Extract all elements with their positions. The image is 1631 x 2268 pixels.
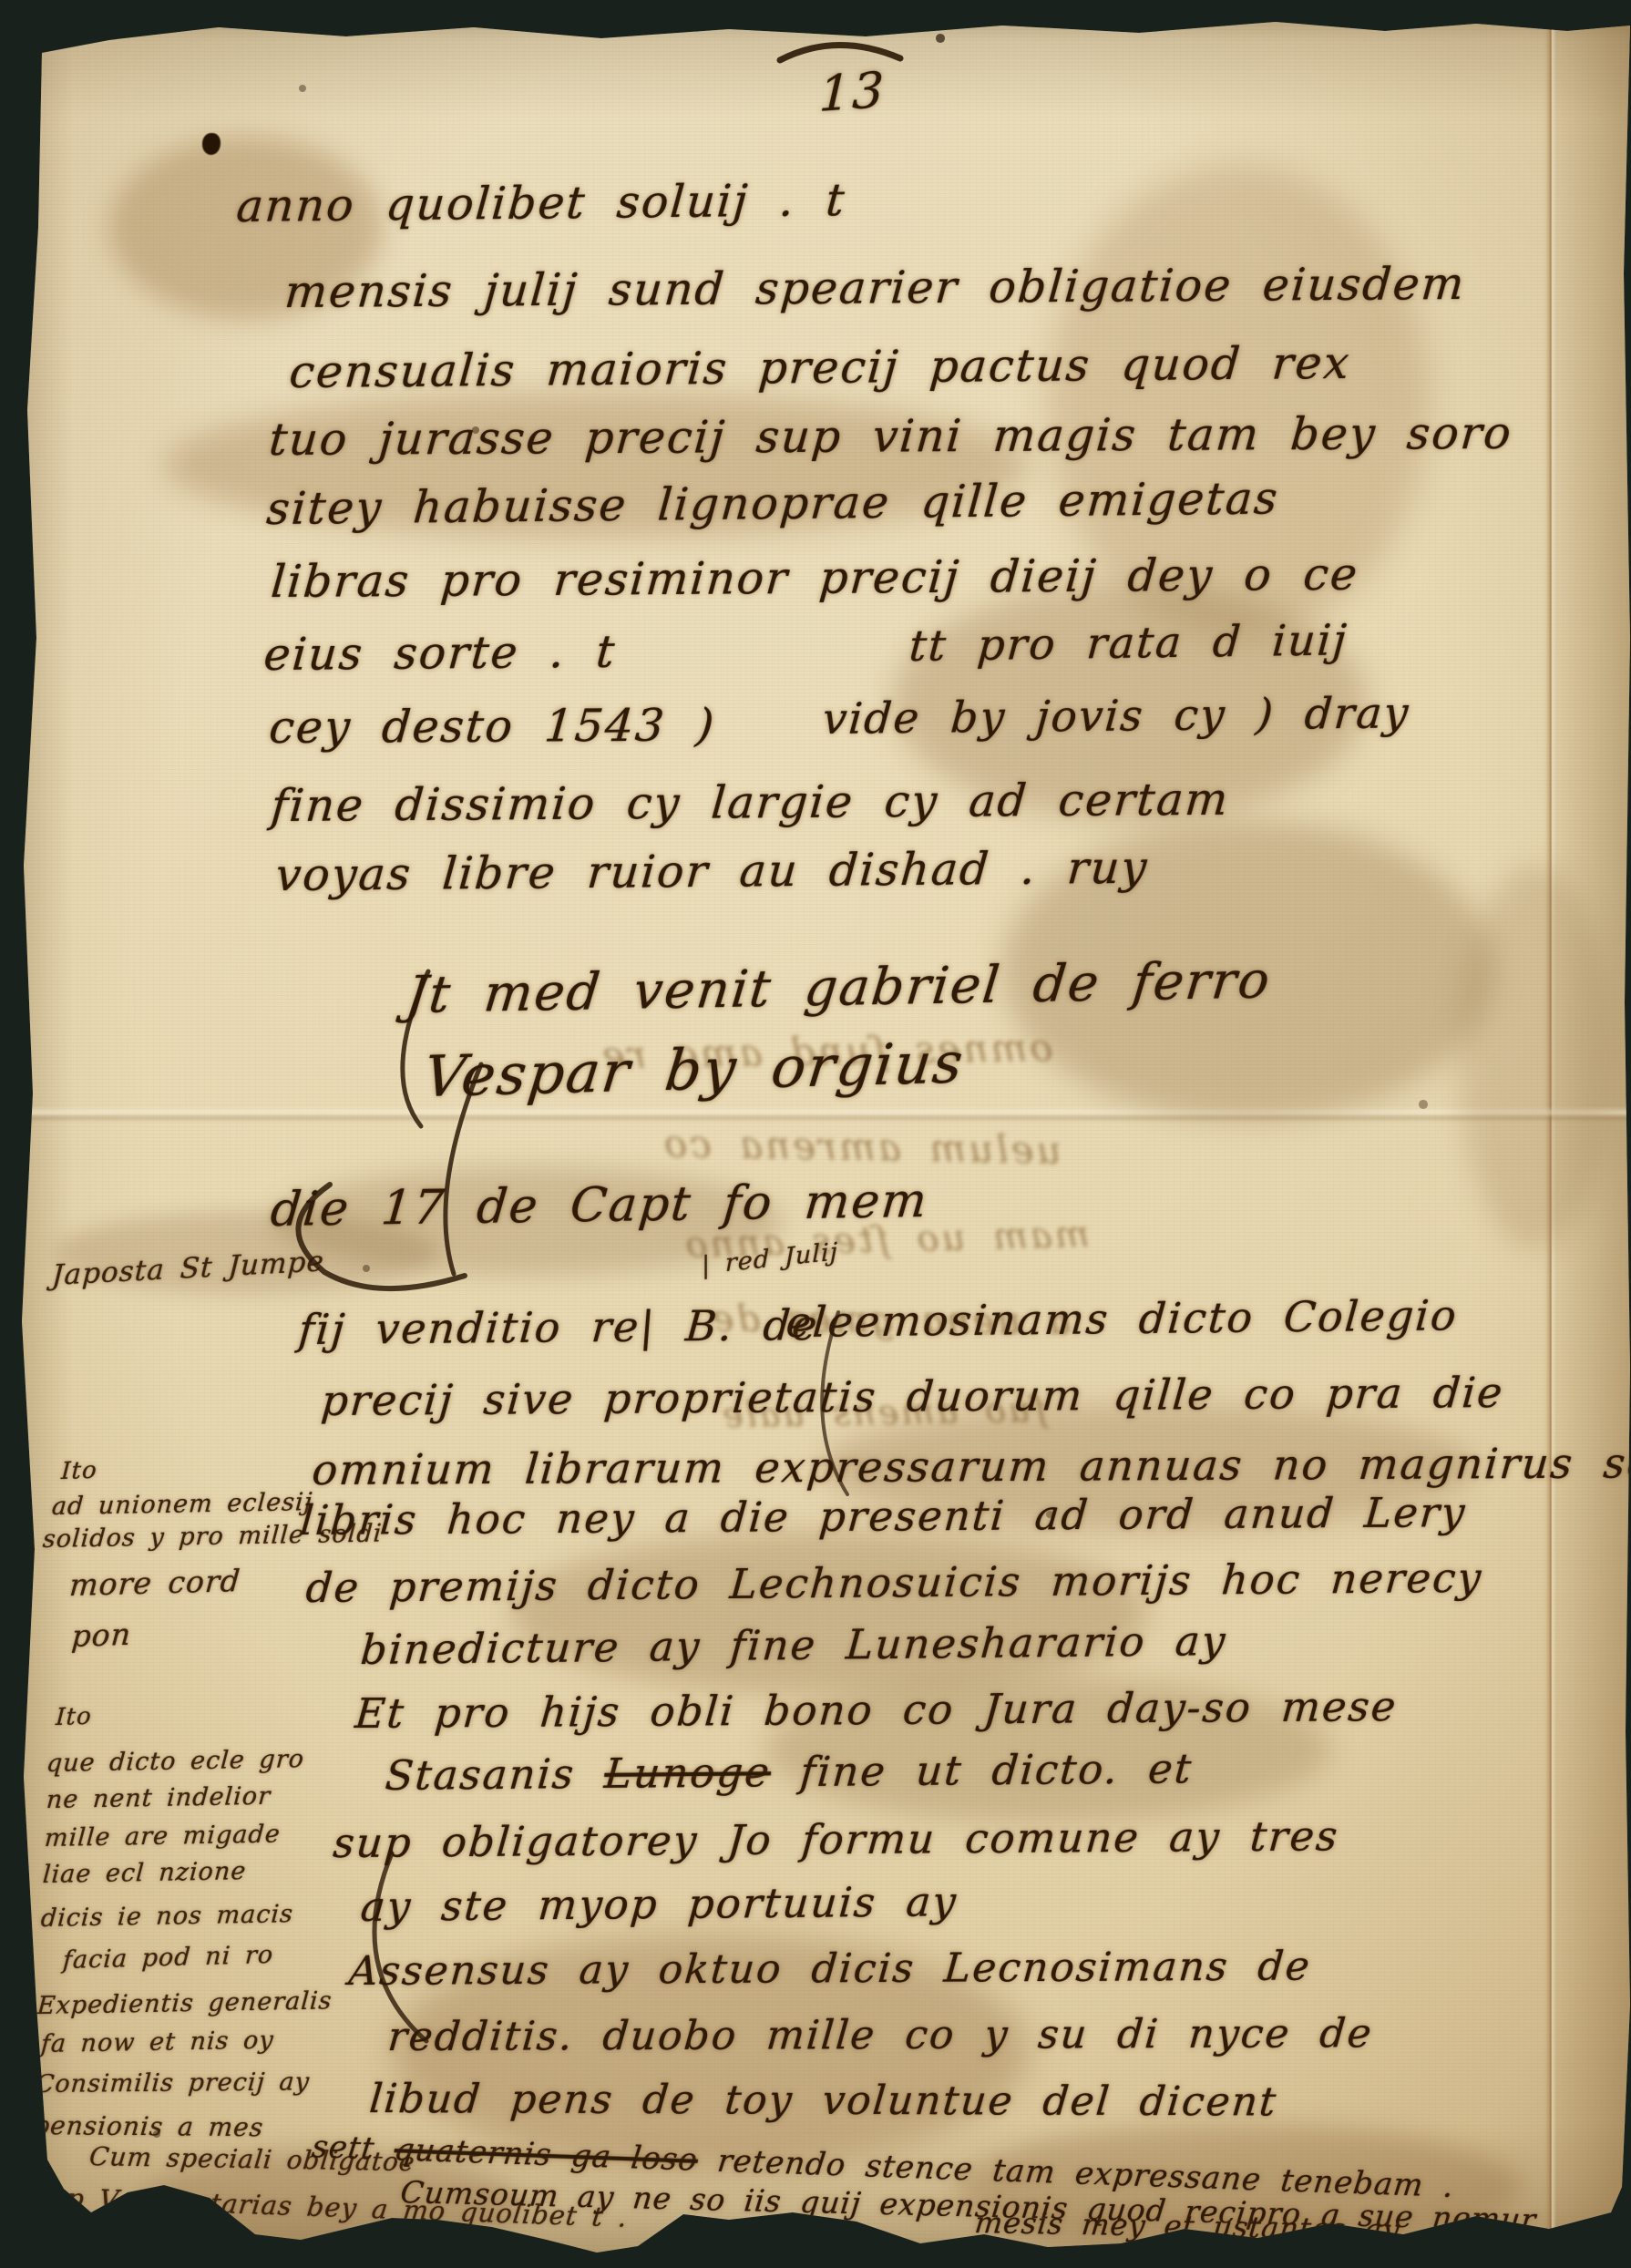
manuscript-scan: omnes ſund amo re uelum amrena co mam uo… bbox=[0, 0, 1631, 2268]
handwritten-line: libras pro resiminor precij dieij dey o … bbox=[269, 549, 1360, 608]
vertical-fold-crease bbox=[1545, 0, 1556, 2268]
handwritten-line: omnium librarum expressarum annuas no ma… bbox=[311, 1438, 1631, 1494]
margin-note-line: ad unionem eclesij bbox=[51, 1488, 313, 1521]
handwritten-line: Assensus ay oktuo dicis Lecnosimans de bbox=[347, 1943, 1313, 1995]
handwritten-line: sitey habuisse lignoprae qille emigetas bbox=[265, 472, 1281, 535]
handwritten-line: fij venditio re| B. de bbox=[297, 1300, 821, 1354]
margin-note-line: fa now et nis oy bbox=[40, 2027, 275, 2058]
handwritten-line: tuo jurasse precij sup vini magis tam be… bbox=[267, 407, 1514, 466]
margin-note-line: ne nent indelior bbox=[46, 1782, 272, 1814]
handwritten-line: de premijs dicto Lechnosuicis morijs hoc… bbox=[304, 1554, 1484, 1612]
ink-specks bbox=[0, 0, 4, 4]
folio-number: 13 bbox=[818, 61, 887, 123]
handwritten-line: libris hoc ney a die presenti ad ord anu… bbox=[299, 1488, 1469, 1544]
handwritten-line: censualis maioris precij pactus quod rex bbox=[288, 337, 1353, 398]
margin-note-line: que dicto ecle gro bbox=[46, 1745, 305, 1778]
handwritten-line: fine dissimio cy largie cy ad certam bbox=[269, 774, 1231, 832]
margin-note-line: Expedientis generalis bbox=[36, 1986, 333, 2020]
handwritten-line: Stasanis Lunoge fine ut dicto. et bbox=[384, 1744, 1195, 1800]
margin-note-line: Ito bbox=[55, 1703, 92, 1731]
handwritten-line: cey desto 1543 ) bbox=[267, 699, 717, 754]
margin-note-line: Japosta St Jumpe bbox=[51, 1245, 325, 1292]
handwritten-line: eleemosinams dicto Colegio bbox=[785, 1290, 1460, 1347]
handwritten-line: sup obligatorey Jo formu comune ay tres bbox=[332, 1811, 1341, 1867]
margin-note-line: mille are migade bbox=[44, 1820, 282, 1852]
struck-text: Lunoge bbox=[602, 1748, 773, 1798]
margin-note-line: dicis ie nos macis bbox=[40, 1900, 294, 1933]
handwritten-line: redditis. duobo mille co y su di nyce de bbox=[386, 2010, 1375, 2060]
ink-blot bbox=[202, 133, 221, 155]
handwritten-line: tt pro rata d iuij bbox=[908, 615, 1349, 672]
handwritten-line: voyas libre ruior au dishad . ruy bbox=[274, 842, 1151, 901]
handwritten-line: anno quolibet soluij . t bbox=[235, 174, 848, 232]
handwritten-line: vide by jovis cy ) dray bbox=[821, 688, 1412, 744]
handwritten-line: binedicture ay fine Lunesharario ay bbox=[359, 1616, 1228, 1674]
handwritten-line: eius sorte . t bbox=[262, 626, 619, 681]
margin-note-line: Consimilis precij ay bbox=[35, 2068, 312, 2099]
bleedthrough-ghost-line: uelum amrena co bbox=[662, 1121, 1062, 1173]
margin-note-line: pensionis a mes bbox=[32, 2110, 265, 2142]
handwritten-line: Et pro hijs obli bono co Jura day-so mes… bbox=[354, 1682, 1400, 1738]
margin-note-line: more cord bbox=[68, 1563, 242, 1603]
manuscript-page: omnes ſund amo re uelum amrena co mam uo… bbox=[0, 0, 1631, 2268]
handwritten-line: libud pens de toy voluntue del dicent bbox=[367, 2076, 1279, 2125]
section-heading: die 17 de Capt fo mem bbox=[269, 1174, 931, 1237]
margin-note-line: facia pod ni ro bbox=[62, 1941, 274, 1975]
margin-note-line: liae ecl nzione bbox=[42, 1857, 248, 1889]
handwritten-text: fine ut dicto. et bbox=[769, 1744, 1195, 1796]
horizontal-fold-crease bbox=[0, 1106, 1631, 1123]
top-edge-staining bbox=[0, 0, 1631, 128]
handwritten-line: mensis julij sund spearier obligatioe ei… bbox=[282, 258, 1467, 318]
signature-line: Vespar by orgius bbox=[421, 1030, 969, 1110]
signature-line: Jt med venit gabriel de ferro bbox=[404, 950, 1274, 1025]
handwritten-text: Stasanis bbox=[384, 1750, 607, 1800]
handwritten-line: mesis mey et ustantes ay bbox=[973, 2205, 1401, 2247]
margin-note-line: pon bbox=[70, 1616, 132, 1654]
handwritten-line: ay ste myop portuuis ay bbox=[359, 1877, 959, 1931]
handwritten-text: sett bbox=[310, 2129, 396, 2168]
margin-note-line: Ito bbox=[60, 1457, 97, 1485]
handwritten-line: precij sive proprietatis duorum qille co… bbox=[320, 1368, 1506, 1425]
